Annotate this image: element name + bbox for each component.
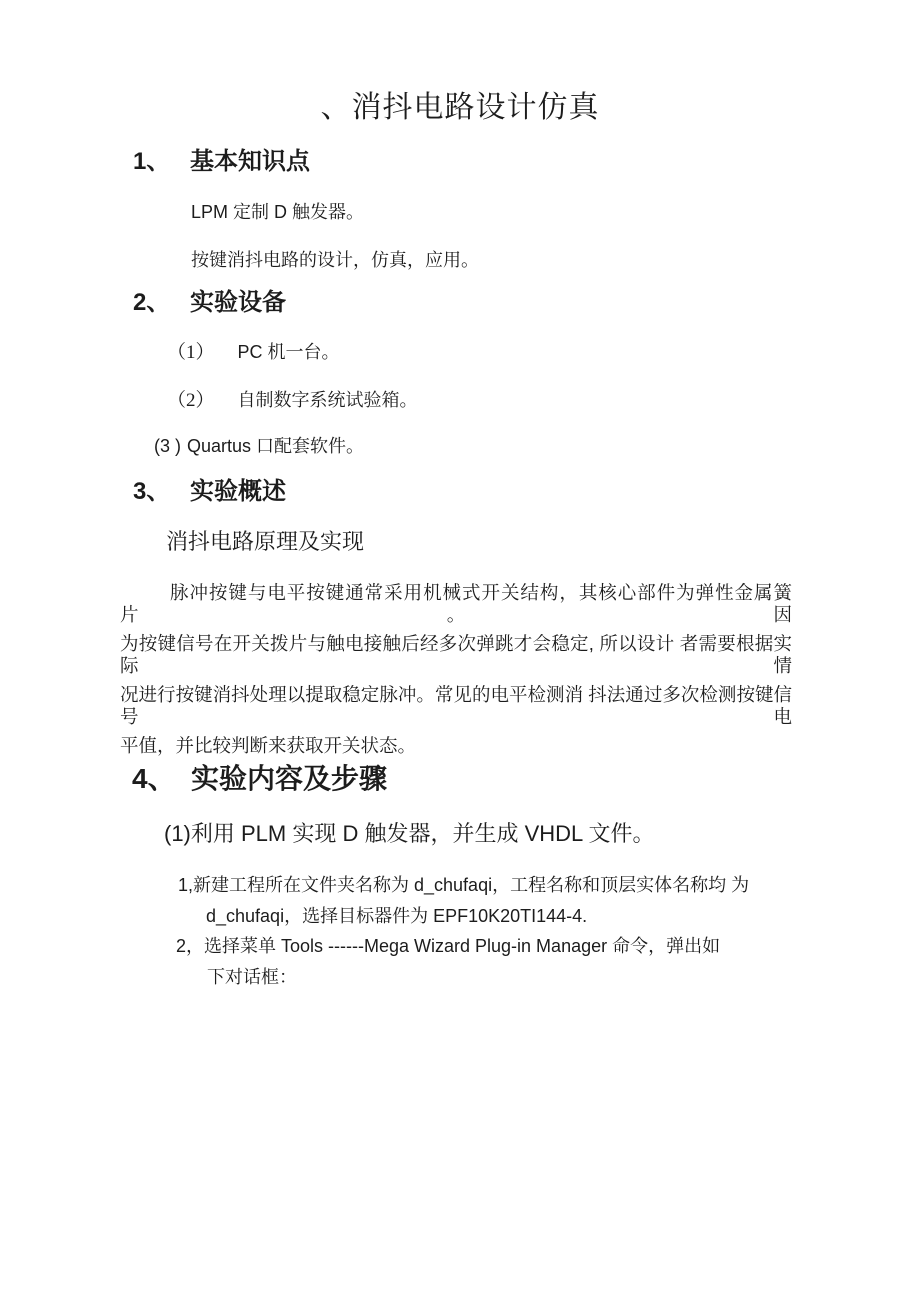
equipment-item-3: (3 ) Quartus 口配套软件。 [154,436,364,458]
section4-heading: 4、 实验内容及步骤 [132,762,387,796]
section1-paragraph-1: LPM 定制 D 触发器。 [191,202,364,224]
equipment-item-2-prefix: （2） [167,389,215,412]
section1-heading-text: 基本知识点 [190,147,310,176]
section1-paragraph-2: 按键消抖电路的设计，仿真，应用。 [191,250,479,272]
step2-line-1: 2，选择菜单 Tools ------Mega Wizard Plug-in M… [176,936,720,958]
section1-number: 1、 [133,147,190,176]
doc-title: 、消抖电路设计仿真 [0,90,920,127]
equipment-item-3-text: Quartus 口配套软件。 [187,436,364,458]
equipment-item-1-text: PC 机一台。 [238,342,340,364]
section2-heading: 2、 实验设备 [133,288,286,317]
equipment-item-3-prefix: (3 ) [154,436,181,458]
step1-line-1: 1,新建工程所在文件夹名称为 d_chufaqi，工程名称和顶层实体名称均 为 [178,875,749,897]
step2-line-2: 下对话框： [207,967,297,989]
document-page: 、消抖电路设计仿真 1、 基本知识点 LPM 定制 D 触发器。 按键消抖电路的… [0,0,920,1302]
equipment-item-2-text: 自制数字系统试验箱。 [238,390,418,412]
overview-paragraph-line-1: 脉冲按键与电平按键通常采用机械式开关结构，其核心部件为弹性金属簧 片。因 [120,582,792,626]
equipment-item-1: （1） PC 机一台。 [167,341,340,364]
section2-heading-text: 实验设备 [190,288,286,317]
section2-number: 2、 [133,288,190,317]
equipment-item-1-prefix: （1） [167,341,215,364]
equipment-item-2: （2） 自制数字系统试验箱。 [167,389,418,412]
step1-line-2: d_chufaqi，选择目标器件为 EPF10K20TI144-4. [206,906,587,928]
overview-paragraph-line-2: 为按键信号在开关拨片与触电接触后经多次弹跳才会稳定, 所以设计 者需要根据实际情 [120,633,792,677]
section3-heading-text: 实验概述 [190,477,286,506]
section3-heading: 3、 实验概述 [133,477,286,506]
overview-paragraph-line-3: 况进行按键消抖处理以提取稳定脉冲。常见的电平检测消 抖法通过多次检测按键信号电 [120,684,792,728]
section4-heading-text: 实验内容及步骤 [191,762,387,796]
section3-number: 3、 [133,477,190,506]
section4-subheading: (1)利用 PLM 实现 D 触发器，并生成 VHDL 文件。 [164,821,655,848]
overview-subheading: 消抖电路原理及实现 [166,529,364,556]
section4-number: 4、 [132,762,191,796]
overview-paragraph-line-4: 平值，并比较判断来获取开关状态。 [120,735,792,757]
section1-heading: 1、 基本知识点 [133,147,310,176]
